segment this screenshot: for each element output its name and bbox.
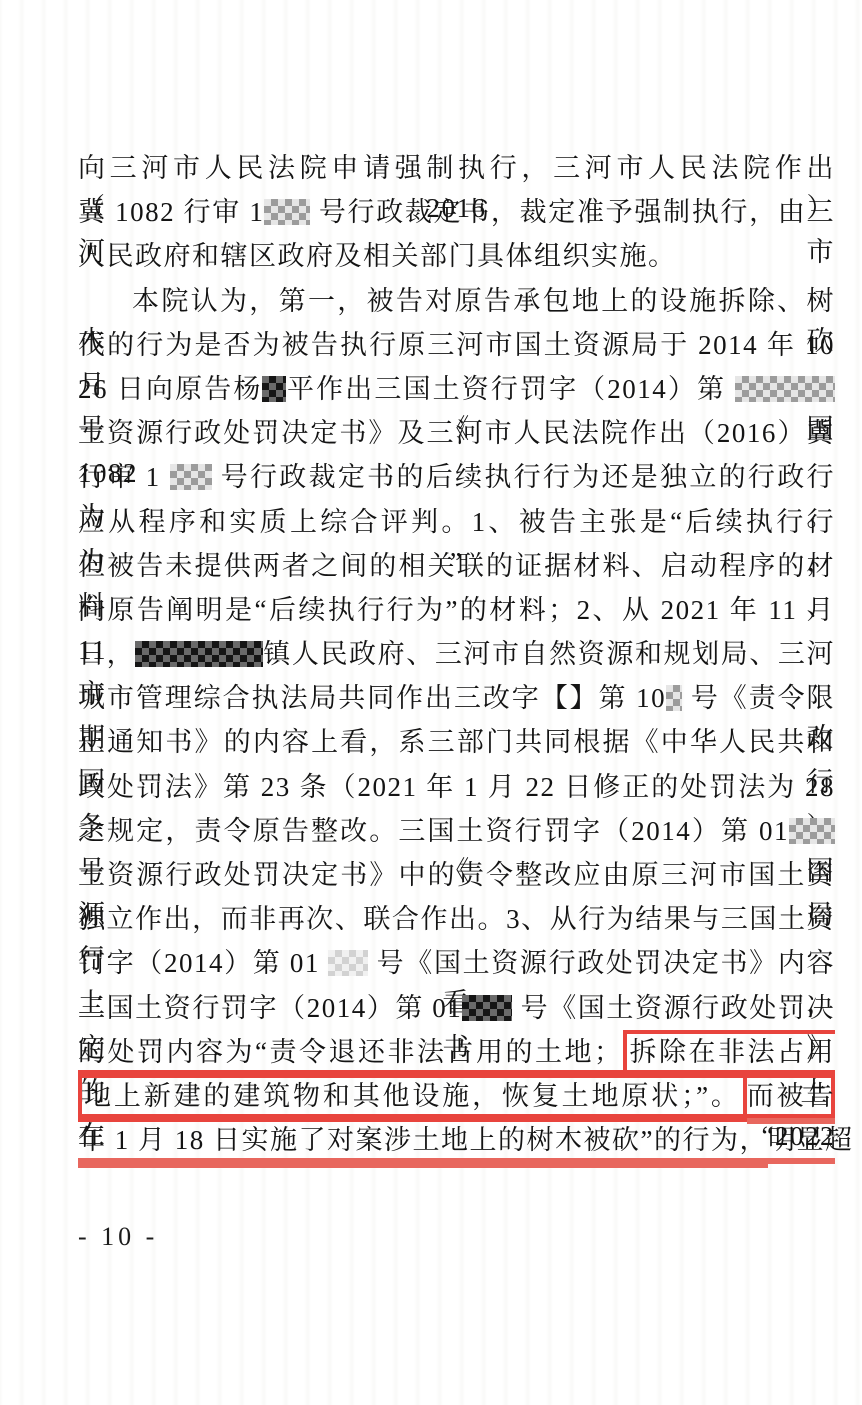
text-line: 本院认为，第一，被告对原告承包地上的设施拆除、树木砍 <box>78 281 835 325</box>
text-line: 冀 1082 行审 1 号行政裁定书，裁定准予强制执行，由三河市 <box>78 192 835 236</box>
page-number: - 10 - <box>78 1222 158 1252</box>
text-segment: 的处罚内容为“责令退还非法占用的土地； <box>78 1037 623 1067</box>
text-line: 三国土资行罚字（2014）第 01 号《国土资源行政处罚决定书》 <box>78 988 835 1032</box>
text-segment: 城市管理综合执法局共同作出三改字【】第 10 <box>78 683 666 713</box>
text-line: 伐的行为是否为被告执行原三河市国土资源局于 2014 年 10 月 <box>78 325 835 369</box>
text-line: 之规定，责令原告整改。三国土资行罚字（2014）第 01 号《国 <box>78 811 835 855</box>
text-segment: 罚字（2014）第 01 <box>78 948 328 978</box>
redaction-mosaic <box>666 685 682 711</box>
redaction-mosaic <box>789 818 835 844</box>
text-line: 土资源行政处罚决定书》中的责令整改应由原三河市国土资源局 <box>78 855 835 899</box>
text-segment: 冀 1082 行审 1 <box>78 197 264 227</box>
text-line: 向三河市人民法院申请强制执行，三河市人民法院作出（2016） <box>78 148 835 192</box>
text-line: 城市管理综合执法局共同作出三改字【】第 10 号《责令限期改 <box>78 678 835 722</box>
text-segment: 人民政府和辖区政府及相关部门具体组织实施。 <box>78 241 677 271</box>
text-segment: 明显超 <box>768 1125 854 1155</box>
red-underline-highlight: 年 1 月 18 日实施了对案涉土地上的树木被砍”的行为， <box>78 1125 768 1168</box>
text-line: 日，镇人民政府、三河市自然资源和规划局、三河市 <box>78 634 835 678</box>
text-line: 正通知书》的内容上看，系三部门共同根据《中华人民共和国行 <box>78 722 835 766</box>
text-segment: 三国土资行罚字（2014）第 01 <box>78 993 462 1023</box>
text-segment: 平作出三国土资行罚字（2014）第 <box>286 374 735 404</box>
redaction-mosaic <box>264 199 310 225</box>
text-line: 独立作出，而非再次、联合作出。3、从行为结果与三国土资行 <box>78 899 835 943</box>
text-line: 的处罚内容为“责令退还非法占用的土地；拆除在非法占用的土 <box>78 1032 835 1076</box>
text-segment: 日， <box>78 639 135 669</box>
redaction-mosaic <box>135 641 263 667</box>
text-segment: 26 日向原告杨 <box>78 374 262 404</box>
redaction-mosaic <box>262 376 286 402</box>
text-line: 年 1 月 18 日实施了对案涉土地上的树木被砍”的行为，明显超 <box>78 1120 835 1164</box>
scanned-document-page: 向三河市人民法院申请强制执行，三河市人民法院作出（2016）冀 1082 行审 … <box>0 0 862 1405</box>
text-line: 应从程序和实质上综合评判。1、被告主张是“后续执行行为”， <box>78 502 835 546</box>
redaction-mosaic <box>170 464 212 490</box>
redaction-mosaic <box>462 995 512 1021</box>
document-body-text: 向三河市人民法院申请强制执行，三河市人民法院作出（2016）冀 1082 行审 … <box>78 148 835 1164</box>
text-line: 政处罚法》第 23 条（2021 年 1 月 22 日修正的处罚法为 28 条） <box>78 767 835 811</box>
text-line: 向原告阐明是“后续执行行为”的材料；2、从 2021 年 11 月 11 <box>78 590 835 634</box>
red-box-highlight: 地上新建的建筑物和其他设施，恢复土地原状；”。 <box>78 1074 747 1122</box>
text-line: 罚字（2014）第 01 号《国土资源行政处罚决定书》内容上看， <box>78 943 835 987</box>
text-line: 但被告未提供两者之间的相关联的证据材料、启动程序的材料、 <box>78 546 835 590</box>
text-line: 土资源行政处罚决定书》及三河市人民法院作出（2016）冀 1082 <box>78 413 835 457</box>
text-line: 行审 1 号行政裁定书的后续执行行为还是独立的行政行为。 <box>78 457 835 501</box>
text-line: 地上新建的建筑物和其他设施，恢复土地原状；”。而被告在“2022 <box>78 1076 835 1120</box>
text-line: 26 日向原告杨平作出三国土资行罚字（2014）第 号《国 <box>78 369 835 413</box>
text-segment: 之规定，责令原告整改。三国土资行罚字（2014）第 01 <box>78 816 789 846</box>
redaction-mosaic <box>735 376 835 402</box>
text-segment: 行审 1 <box>78 462 170 492</box>
redaction-mosaic <box>328 950 368 976</box>
